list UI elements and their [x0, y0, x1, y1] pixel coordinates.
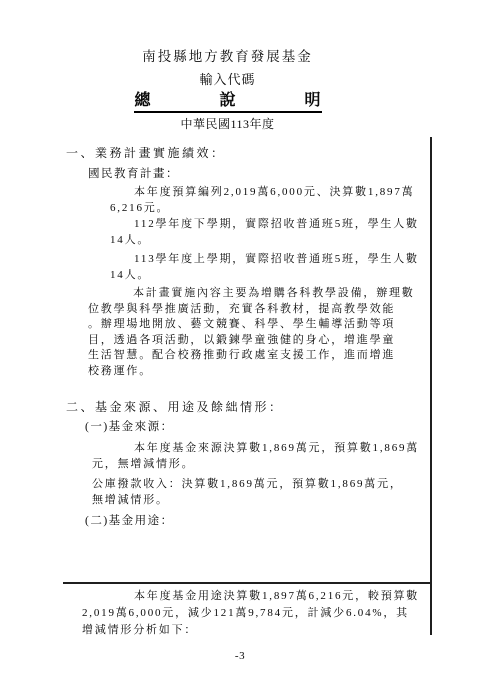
bottom-analysis-paragraph: 本年度基金用途決算數1,897萬6,216元，較預算數 2,019萬6,000元… [82, 588, 432, 639]
page-number: -3 [30, 650, 450, 662]
input-code-label: 輸入代碼 [30, 72, 425, 87]
section1-subheading: 國民教育計畫： [88, 167, 179, 182]
main-title-char-1: 總 [135, 92, 151, 110]
section1-paragraph-3: 113學年度上學期，實際招收普通班5班，學生人數 14人。 [110, 252, 425, 283]
section2-item1-label: (一)基金來源： [85, 420, 174, 435]
section1-paragraph-1: 本年度預算編列2,019萬6,000元、決算數1,897萬 6,216元。 [110, 185, 425, 216]
document-header: 南投縣地方教育發展基金 輸入代碼 總 說 明 中華民國113年度 [30, 49, 425, 131]
main-title-underlined: 總 說 明 [134, 92, 322, 113]
section2-item2-label: (二)基金用途： [85, 514, 174, 529]
main-title-char-3: 明 [304, 92, 320, 110]
document-page: 南投縣地方教育發展基金 輸入代碼 總 說 明 中華民國113年度 一、業務計畫實… [0, 0, 495, 700]
main-title-char-2: 說 [219, 92, 235, 110]
section1-paragraph-2: 112學年度下學期，實際招收普通班5班，學生人數 14人。 [110, 217, 425, 248]
section1-paragraph-4: 本計畫實施內容主要為增購各科教學設備，辦理數 位教學與科學推廣活動，充實各科教材… [88, 286, 425, 379]
bottom-separator-line [63, 582, 431, 584]
section1-heading: 一、業務計畫實施績效： [66, 145, 226, 161]
section2-paragraph-2: 公庫撥款收入：決算數1,869萬元，預算數1,869萬元， 無增減情形。 [92, 477, 425, 508]
org-title: 南投縣地方教育發展基金 [30, 49, 425, 65]
main-title-row: 總 說 明 [30, 92, 425, 113]
section2-paragraph-1: 本年度基金來源決算數1,869萬元，預算數1,869萬 元，無增減情形。 [92, 441, 425, 472]
section2-heading: 二、基金來源、用途及餘絀情形： [66, 399, 284, 415]
right-border-line [430, 137, 432, 635]
fiscal-year-label: 中華民國113年度 [30, 117, 425, 131]
